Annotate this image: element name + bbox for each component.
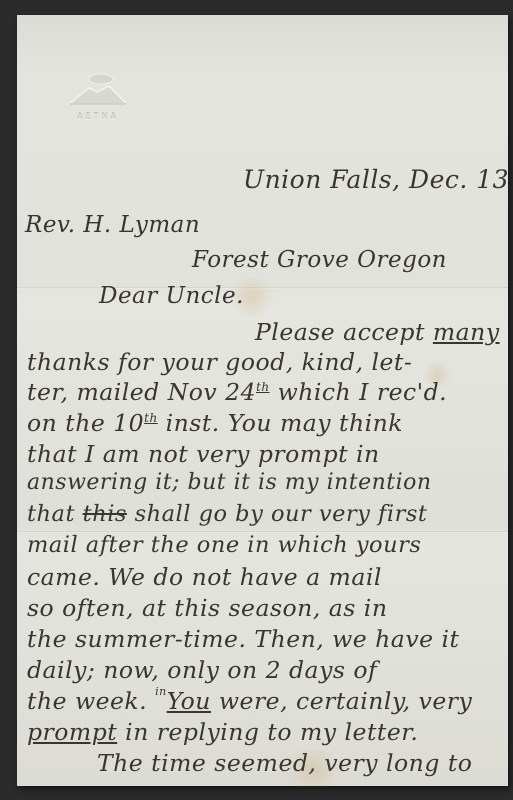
text-segment: which I rec'd.: [270, 378, 448, 406]
text-segment: answering it; but it is my intention: [27, 470, 432, 495]
underlined-text: prompt: [27, 718, 117, 746]
volcano-emboss-icon: [63, 70, 133, 110]
text-segment: inst. You may think: [158, 409, 403, 437]
text-segment: so often, at this season, as in: [27, 594, 387, 622]
text-segment: ter, mailed Nov 24: [27, 378, 256, 406]
ordinal-suffix: th: [144, 411, 158, 425]
text-segment: on the 10: [27, 409, 144, 437]
body-line: answering it; but it is my intention: [27, 470, 432, 495]
body-line: on the 10th inst. You may think: [27, 409, 403, 437]
body-line: mail after the one in which yours: [27, 532, 421, 558]
text-segment: thanks for your good, kind, let-: [27, 348, 412, 376]
body-line: thanks for your good, kind, let-: [27, 348, 412, 376]
scan-background: AETNA Union Falls, Dec. 13th/81. Rev. H.…: [0, 0, 513, 800]
text-segment: that: [27, 501, 83, 527]
ordinal-suffix: th: [256, 380, 270, 394]
underlined-text: many: [433, 318, 500, 346]
body-line: came. We do not have a mail: [27, 563, 382, 591]
emboss-label: AETNA: [53, 112, 143, 121]
body-line: Please accept many: [255, 318, 500, 346]
paper-emboss-seal: AETNA: [53, 70, 143, 140]
recipient-name: Rev. H. Lyman: [25, 212, 200, 238]
struck-text: this: [83, 501, 127, 527]
recipient-location: Forest Grove Oregon: [192, 247, 447, 273]
body-line: the week. inYou were, certainly, very: [27, 687, 472, 715]
place-and-date: Union Falls, Dec. 13th/81.: [243, 165, 508, 194]
text-segment: daily; now, only on 2 days of: [27, 656, 377, 684]
body-line: prompt in replying to my letter.: [27, 718, 418, 746]
body-line: so often, at this season, as in: [27, 594, 387, 622]
text-segment: were, certainly, very: [211, 687, 472, 715]
text-segment: mail after the one in which yours: [27, 532, 421, 558]
salutation: Dear Uncle.: [99, 283, 244, 309]
body-line: the summer-time. Then, we have it: [27, 625, 459, 653]
body-line: The time seemed, very long to: [97, 749, 472, 777]
body-line: that this shall go by our very first: [27, 501, 427, 527]
text-segment: Please accept: [255, 318, 433, 346]
body-line: ter, mailed Nov 24th which I rec'd.: [27, 378, 447, 406]
body-line: daily; now, only on 2 days of: [27, 656, 377, 684]
body-line: that I am not very prompt in: [27, 440, 380, 468]
underlined-text: You: [167, 687, 211, 715]
text-segment: that I am not very prompt in: [27, 440, 380, 468]
text-segment: shall go by our very first: [127, 501, 427, 527]
text-segment: the summer-time. Then, we have it: [27, 625, 459, 653]
text-segment: in replying to my letter.: [117, 718, 418, 746]
text-segment: came. We do not have a mail: [27, 563, 382, 591]
text-segment: the week.: [27, 687, 155, 715]
text-segment: The time seemed, very long to: [97, 749, 472, 777]
inserted-word: in: [155, 685, 167, 698]
letter-page: AETNA Union Falls, Dec. 13th/81. Rev. H.…: [17, 15, 508, 786]
